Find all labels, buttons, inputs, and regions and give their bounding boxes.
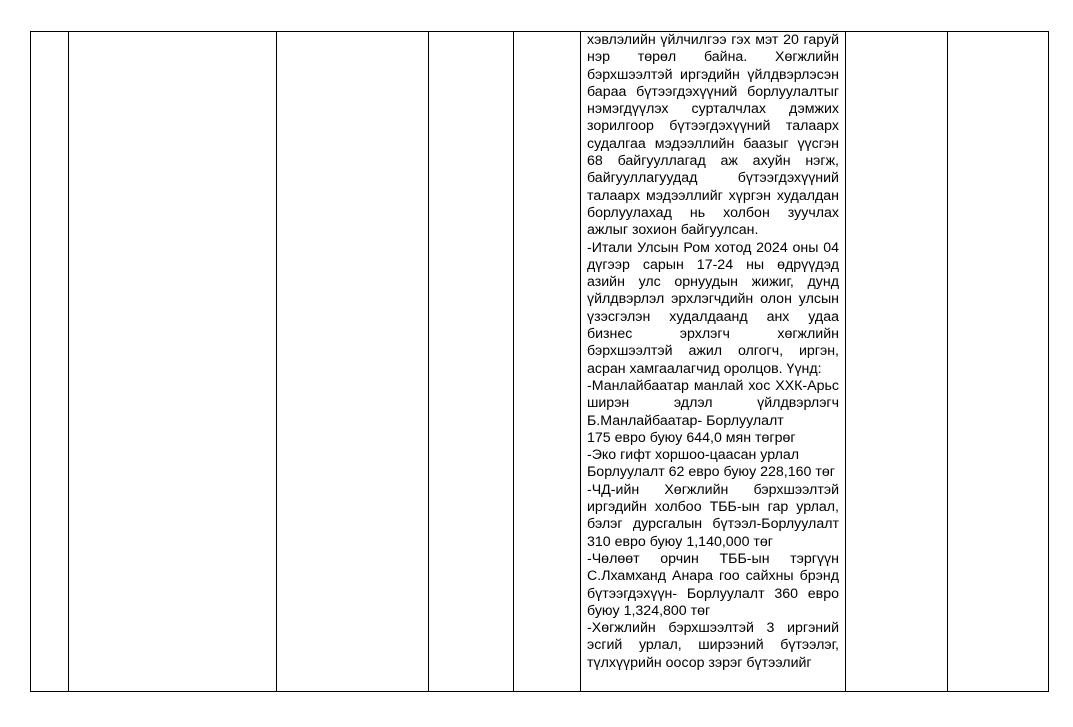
table-cell-measure bbox=[277, 32, 429, 692]
paragraph: -Манлайбаатар манлай хос ХХК-Арьс ширэн … bbox=[587, 378, 839, 430]
paragraph: -Чөлөөт орчин ТББ-ын тэргүүн С.Лхамханд … bbox=[587, 551, 839, 620]
table-cell-activity bbox=[69, 32, 277, 692]
paragraph: Борлуулалт 62 евро буюу 228,160 төг bbox=[587, 464, 839, 481]
paragraph: хэвлэлийн үйлчилгээ гэх мэт 20 гаруй нэр… bbox=[587, 32, 839, 240]
paragraph: -Хөгжлийн бэрхшээлтэй 3 иргэний эсгий ур… bbox=[587, 620, 839, 672]
paragraph: 175 евро буюу 644,0 мян төгрөг bbox=[587, 430, 839, 447]
paragraph: -ЧД-ийн Хөгжлийн бэрхшээлтэй иргэдийн хо… bbox=[587, 482, 839, 551]
progress-report-text: хэвлэлийн үйлчилгээ гэх мэт 20 гаруй нэр… bbox=[587, 32, 839, 691]
table-cell-evaluation bbox=[846, 32, 948, 692]
table-cell-progress-report: хэвлэлийн үйлчилгээ гэх мэт 20 гаруй нэр… bbox=[581, 32, 846, 692]
document-table: хэвлэлийн үйлчилгээ гэх мэт 20 гаруй нэр… bbox=[30, 31, 1049, 692]
table-cell-indicator bbox=[429, 32, 514, 692]
table-row: хэвлэлийн үйлчилгээ гэх мэт 20 гаруй нэр… bbox=[31, 32, 1049, 692]
paragraph: -Эко гифт хоршоо-цаасан урлал bbox=[587, 447, 839, 464]
table-cell-deadline bbox=[514, 32, 581, 692]
paragraph: -Итали Улсын Ром хотод 2024 оны 04 дүгээ… bbox=[587, 240, 839, 378]
table-cell-number bbox=[31, 32, 69, 692]
table-cell-notes bbox=[948, 32, 1049, 692]
